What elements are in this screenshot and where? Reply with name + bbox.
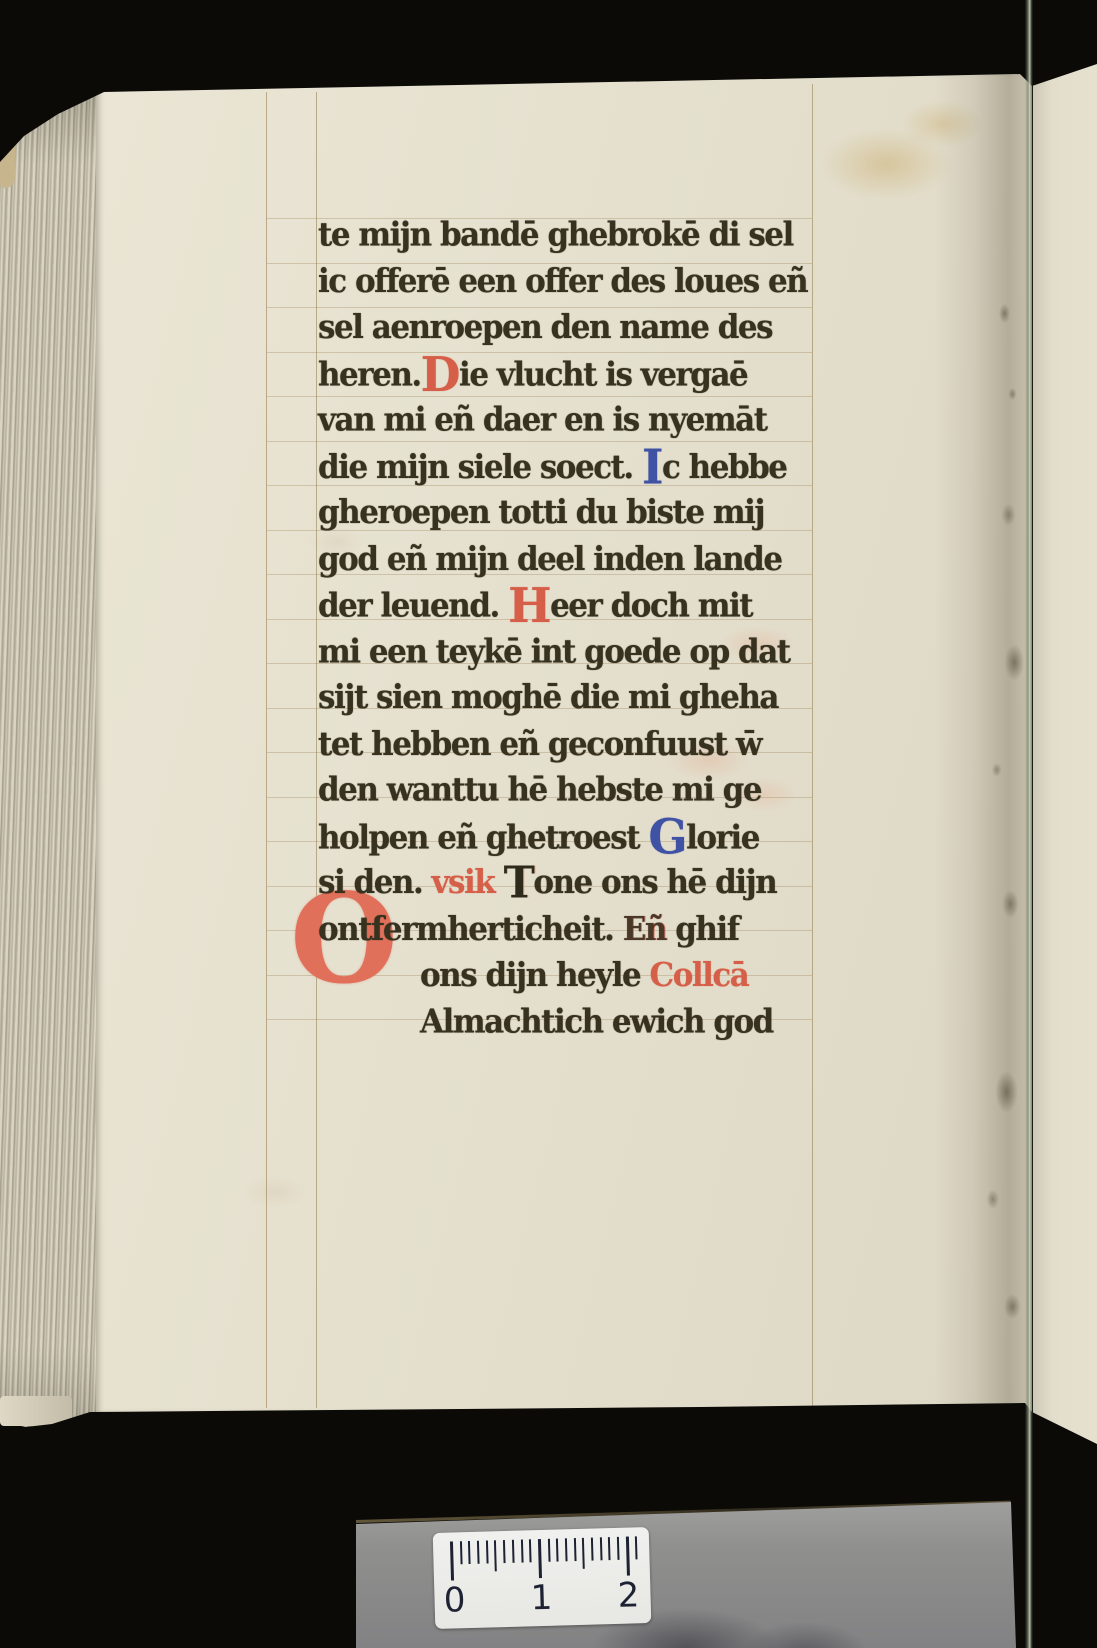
glass-plate-edge xyxy=(1025,0,1033,1648)
text-segment: der leuend. xyxy=(318,587,508,624)
ruler-tick xyxy=(582,1538,585,1569)
text-segment: eer doch mit xyxy=(550,587,752,624)
illuminated-initial: G xyxy=(648,808,686,864)
ruler-tick xyxy=(494,1540,497,1571)
text-segment: ie vlucht is vergaē xyxy=(459,356,747,393)
ruler-tick xyxy=(468,1541,471,1564)
manuscript-text-line: mi een teykē int goede op dat xyxy=(318,629,823,675)
illuminated-initial: I xyxy=(642,438,662,494)
text-segment: ic offerē een offer des loues eñ xyxy=(318,262,807,299)
ruler-tick xyxy=(556,1539,559,1562)
text-segment: Almachtich ewich god xyxy=(420,1003,773,1040)
manuscript-text-line: te mijn bandē ghebrokē di sel xyxy=(318,212,823,258)
ruler-tick xyxy=(635,1536,638,1559)
manuscript-text-line: gheroepen totti du biste mij xyxy=(318,490,823,536)
ruler-tick xyxy=(529,1539,532,1562)
ruler-tick xyxy=(600,1537,603,1560)
text-segment: c hebbe xyxy=(662,449,787,486)
text-segment: vsik xyxy=(432,864,504,901)
ruler-tick xyxy=(574,1538,577,1561)
text-segment: gheroepen totti du biste mij xyxy=(318,494,764,531)
manuscript-text-line: van mi eñ daer en is nyemāt xyxy=(318,397,823,443)
ruler-tick xyxy=(617,1537,620,1560)
text-segment: T xyxy=(504,857,534,908)
ruler-tick xyxy=(520,1540,523,1563)
ruler-tick xyxy=(626,1537,630,1576)
manuscript-text-line: ontfermherticheit. Eñ ghif xyxy=(318,906,823,952)
text-segment: Collcā xyxy=(650,957,749,994)
manuscript-text-line: ic offerē een offer des loues eñ xyxy=(318,258,823,304)
text-segment: lorie xyxy=(686,819,759,856)
ruler-tick xyxy=(512,1540,515,1563)
manuscript-text-line: sel aenroepen den name des xyxy=(318,305,823,351)
manuscript-facing-page-edge xyxy=(1033,64,1097,1446)
illuminated-initial: D xyxy=(421,346,459,402)
ruling-vertical-outer-left xyxy=(266,92,267,1408)
text-segment: heren. xyxy=(318,356,421,393)
text-segment: ontfermherticheit. xyxy=(318,910,623,947)
manuscript-text-line: si den. vsik Tone ons hē dijn xyxy=(318,860,823,906)
manuscript-text-line: sijt sien moghē die mi gheha xyxy=(318,675,823,721)
ruler-tick xyxy=(608,1537,611,1560)
text-segment: sijt sien moghē die mi gheha xyxy=(318,679,778,716)
ruler-tick xyxy=(477,1541,480,1564)
text-segment: die mijn siele soect. xyxy=(318,449,642,486)
ruler-ticks xyxy=(450,1536,645,1581)
text-segment: den wanttu hē hebste mi ge xyxy=(318,772,761,809)
text-segment: tet hebben eñ geconfuust w̄ xyxy=(318,725,761,762)
manuscript-text-line: der leuend. Heer doch mit xyxy=(318,582,823,628)
ruler-label-1: 1 xyxy=(530,1578,553,1619)
text-segment: Eñ xyxy=(623,910,666,947)
text-segment: van mi eñ daer en is nyemāt xyxy=(318,401,767,438)
manuscript-text-line: die mijn siele soect. Ic hebbe xyxy=(318,443,823,489)
ruler-tick xyxy=(565,1538,568,1561)
ruler-tick xyxy=(547,1539,550,1562)
manuscript-text-line: tet hebben eñ geconfuust w̄ xyxy=(318,721,823,767)
ruler-tick xyxy=(486,1541,489,1564)
ruler-label-2: 2 xyxy=(617,1575,640,1616)
illuminated-initial: H xyxy=(508,577,550,633)
ruler-labels: 0 1 2 xyxy=(434,1575,651,1623)
gutter-stain-band xyxy=(934,72,1032,1414)
text-segment: one ons hē dijn xyxy=(533,864,776,901)
manuscript-text-block: te mijn bandē ghebrokē di selic offerē e… xyxy=(318,212,823,1045)
text-segment: ghif xyxy=(666,910,739,947)
ruler-tick xyxy=(503,1540,506,1563)
ruling-vertical-inner-left xyxy=(316,92,317,1408)
text-segment: si den. xyxy=(318,864,432,901)
text-segment: te mijn bandē ghebrokē di sel xyxy=(318,216,793,253)
ruler-tick xyxy=(538,1539,542,1578)
text-segment: god eñ mijn deel inden lande xyxy=(318,540,782,577)
manuscript-text-line: holpen eñ ghetroest Glorie xyxy=(318,814,823,860)
manuscript-photo: O te mijn bandē ghebrokē di selic offerē… xyxy=(0,0,1097,1648)
manuscript-text-line: Almachtich ewich god xyxy=(318,999,823,1045)
manuscript-text-line: ons dijn heyle Collcā xyxy=(318,952,823,998)
manuscript-text-line: den wanttu hē hebste mi ge xyxy=(318,767,823,813)
text-segment: holpen eñ ghetroest xyxy=(318,819,648,856)
text-segment: mi een teykē int goede op dat xyxy=(318,633,790,670)
ruler-tick xyxy=(591,1538,594,1561)
ruler-scale-sticker: 0 1 2 xyxy=(433,1527,652,1629)
ruler-tick xyxy=(460,1541,463,1564)
manuscript-text-line: heren.Die vlucht is vergaē xyxy=(318,351,823,397)
ruler-label-0: 0 xyxy=(443,1580,466,1621)
text-segment: sel aenroepen den name des xyxy=(318,309,772,346)
ruler-tick xyxy=(450,1541,454,1580)
text-segment: ons dijn heyle xyxy=(420,957,650,994)
manuscript-text-line: god eñ mijn deel inden lande xyxy=(318,536,823,582)
